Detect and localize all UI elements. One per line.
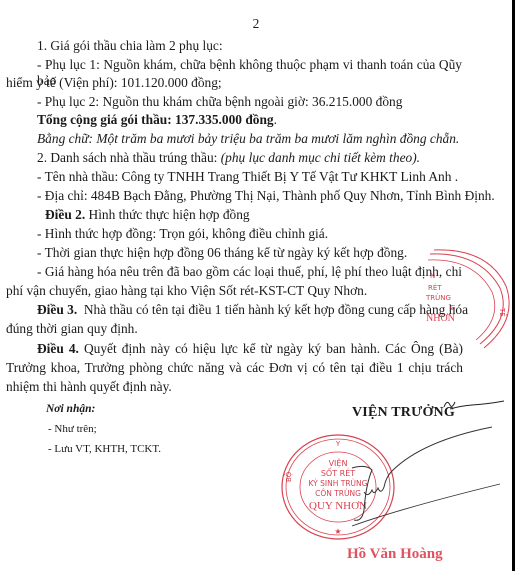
handwritten-signature-icon: [340, 440, 510, 545]
contractor-line: - Tên nhà thầu: Công ty TNHH Trang Thiết…: [37, 169, 458, 185]
page-edge-border: [512, 0, 515, 571]
total-price-line: Tổng cộng giá gói thầu: 137.335.000 đồng…: [37, 112, 277, 128]
price-line2: phí vận chuyển, giao hàng tại kho Viện S…: [6, 283, 367, 299]
appendix2-line: - Phụ lục 2: Nguồn thu khám chữa bệnh ng…: [37, 94, 402, 110]
article4-line1: Điều 4. Quyết định này có hiệu lực kể từ…: [37, 341, 463, 357]
recipients-title: Nơi nhận:: [46, 401, 95, 417]
item2-line: 2. Danh sách nhà thầu trúng thầu: (phụ l…: [37, 150, 420, 166]
svg-text:TẾ: TẾ: [498, 307, 508, 317]
address-line: - Địa chỉ: 484B Bạch Đằng, Phường Thị Nạ…: [37, 188, 495, 204]
contract-form-line: - Hình thức hợp đồng: Trọn gói, không đi…: [37, 226, 328, 242]
amount-in-words: Bằng chữ: Một trăm ba mươi bảy triệu ba …: [37, 131, 459, 147]
initials-mark-icon: [440, 395, 510, 415]
item1-heading: 1. Giá gói thầu chia làm 2 phụ lục:: [37, 38, 223, 54]
seal-fragment-icon: N RÉT TRÙNG G NHƠN TẾ: [420, 248, 512, 348]
price-line1: - Giá hàng hóa nêu trên đã bao gồm các l…: [37, 264, 462, 280]
recipient-item: - Lưu VT, KHTH, TCKT.: [48, 441, 161, 457]
contractor-name: Công ty TNHH Trang Thiết Bị Y Tế Vật Tư …: [122, 169, 459, 184]
article3-line1: Điều 3. Nhà thầu có tên tại điều 1 tiến …: [37, 302, 468, 318]
svg-text:RÉT: RÉT: [428, 283, 442, 292]
svg-text:G: G: [450, 304, 455, 312]
contract-time-line: - Thời gian thực hiện hợp đồng 06 tháng …: [37, 245, 407, 261]
recipient-item: - Như trên;: [48, 421, 97, 437]
document-page: 2 1. Giá gói thầu chia làm 2 phụ lục: - …: [0, 0, 512, 571]
appendix1-line2: hiểm y tế (Viện phí): 101.120.000 đồng;: [6, 75, 222, 91]
article4-line2: Trưởng khoa, Trưởng phòng chức năng và c…: [6, 360, 463, 376]
signer-name: Hồ Văn Hoàng: [347, 546, 443, 563]
svg-text:BỘ: BỘ: [284, 471, 293, 482]
article4-line3: nhiệm thi hành quyết định này.: [6, 379, 172, 395]
svg-text:TRÙNG: TRÙNG: [425, 293, 451, 302]
svg-text:NHƠN: NHƠN: [426, 313, 455, 324]
page-number: 2: [0, 16, 512, 32]
total-price: Tổng cộng giá gói thầu: 137.335.000 đồng: [37, 112, 274, 127]
article2-heading: Điều 2. Hình thức thực hiện hợp đồng: [45, 207, 250, 223]
svg-text:N: N: [430, 272, 435, 280]
article3-line2: đúng thời gian quy định.: [6, 321, 138, 337]
